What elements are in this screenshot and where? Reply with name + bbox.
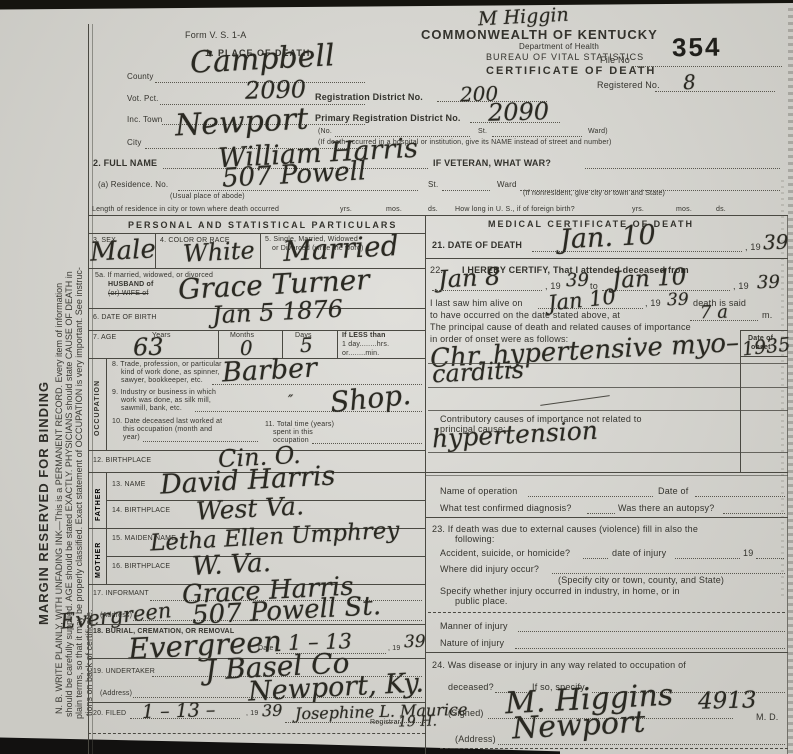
- vot-pct-value: 2090: [245, 75, 307, 105]
- length-residence-label: Length of residence in city or town wher…: [92, 206, 279, 213]
- veteran-label: IF VETERAN, WHAT WAR?: [433, 158, 551, 168]
- lastsaw-year: 39: [667, 290, 689, 311]
- industry-ditto-mark: ″: [288, 393, 293, 409]
- residence-st-line: [442, 190, 490, 191]
- father-bp-label: 14. BIRTHPLACE: [112, 507, 170, 514]
- manner-line: [518, 631, 785, 632]
- trade-label-1: 8. Trade, profession, or particular: [112, 361, 222, 368]
- specify-label-1: Specify whether injury occurred in indus…: [440, 586, 680, 596]
- injury-year-line: [756, 558, 784, 559]
- race-value: White: [182, 236, 255, 268]
- residence-line: [178, 190, 418, 191]
- injury-date-label: date of injury: [612, 548, 666, 558]
- trade-label-3: sawyer, bookkeeper, etc.: [121, 377, 203, 384]
- county-label: County: [127, 72, 154, 81]
- certify-from-date: Jan 8: [437, 262, 501, 293]
- registered-no-value: 8: [682, 70, 696, 95]
- filed-date-value: 1 – 13 –: [142, 699, 216, 723]
- howlong-label: How long in U. S., if of foreign birth?: [455, 206, 575, 213]
- commonwealth-title: COMMONWEALTH OF KENTUCKY: [421, 27, 658, 42]
- undertaker-label: 19. UNDERTAKER: [93, 668, 155, 675]
- specify-label-2: public place.: [455, 596, 508, 606]
- margin-note-line3: plain terms, so that it may be properly …: [74, 267, 84, 719]
- where-line: [552, 573, 785, 574]
- age-div-1: [218, 330, 219, 358]
- abode-note: (Usual place of abode): [170, 193, 245, 200]
- filed-year-pre: , 19: [246, 710, 258, 717]
- c24-label-1: 24. Was disease or injury in any way rel…: [432, 660, 686, 670]
- onset-column-divider: [740, 330, 741, 472]
- form-number: Form V. S. 1-A: [185, 30, 247, 40]
- certify-to-pre: , 19: [733, 281, 749, 291]
- cause-line-2: carditis: [431, 356, 524, 389]
- file-no-value: 354: [672, 32, 722, 64]
- father-name-label: 13. NAME: [112, 481, 146, 488]
- city-value: Newport: [174, 102, 309, 144]
- informant-label: 17. INFORMANT: [93, 590, 149, 597]
- howlong-ds-label: ds.: [716, 206, 726, 213]
- dod-value: Jan. 10: [559, 220, 656, 256]
- primary-registration-label: Primary Registration District No.: [315, 113, 461, 123]
- father-bp-value: West Va.: [195, 491, 304, 526]
- father-vertical-label: FATHER: [95, 488, 102, 521]
- industry-label-3: sawmill, bank, etc.: [121, 405, 182, 412]
- autopsy-line: [723, 513, 785, 514]
- filed-year-value: 39: [262, 701, 283, 721]
- no-label: (No.: [318, 128, 332, 135]
- lastsaw-pre: , 19: [645, 298, 661, 308]
- less-label-1: If LESS than: [342, 332, 386, 339]
- where-label: Where did injury occur?: [440, 564, 539, 574]
- signed-number: 4913: [698, 687, 757, 715]
- nature-line: [515, 648, 785, 649]
- c23-label-1: 23. If death was due to external causes …: [432, 524, 698, 534]
- dod-label: 21. DATE OF DEATH: [432, 240, 522, 250]
- undertaker-addr-label: (Address): [100, 690, 132, 697]
- occurred-label: to have occurred on the date stated abov…: [430, 310, 620, 320]
- operation-label: Name of operation: [440, 486, 517, 496]
- vot-pct-label: Vot. Pct.: [127, 94, 159, 103]
- st-line: [492, 136, 582, 137]
- signed-label: (Signed): [448, 708, 484, 718]
- nature-label: Nature of injury: [440, 638, 504, 648]
- trade-label-2: kind of work done, as spinner,: [121, 369, 220, 376]
- certificate-title: CERTIFICATE OF DEATH: [486, 65, 656, 77]
- less-label-3: or........min.: [342, 350, 379, 357]
- registered-no-label: Registered No.: [597, 80, 660, 90]
- occurred-time-value: 7 a: [700, 302, 728, 324]
- length-ds-label: ds.: [428, 206, 438, 213]
- occupation-vertical-label: OCCUPATION: [94, 380, 101, 436]
- left-column-bottom-dashed: [88, 733, 425, 734]
- right-column-bottom-dashed: [440, 748, 788, 749]
- cause-section-bottom-2: [425, 475, 788, 476]
- margin-rule-1: [88, 24, 89, 754]
- test-bottom-border: [425, 517, 788, 518]
- injury-date-line: [675, 558, 740, 559]
- m5a-label-3: (or) WIFE of: [108, 290, 149, 297]
- race-marital-divider: [260, 233, 261, 268]
- inc-town-label: Inc. Town: [127, 115, 162, 124]
- cause-section-bottom: [425, 472, 788, 473]
- cause-rule-2: [428, 387, 788, 388]
- test-label: What test confirmed diagnosis?: [440, 503, 572, 513]
- howlong-mos-label: mos.: [676, 206, 692, 213]
- right-edge-border: [787, 215, 788, 754]
- operation-date-line: [695, 496, 785, 497]
- dod-bottom-border: [425, 258, 788, 259]
- margin-note-line2: should be carefully supplied. AGE should…: [64, 271, 74, 717]
- burial-year-value: 39: [404, 632, 426, 653]
- accident-line: [583, 558, 608, 559]
- c23-bottom-dashed: [428, 612, 785, 613]
- nature-bottom-border: [425, 652, 788, 653]
- birthplace-label: 12. BIRTHPLACE: [93, 457, 151, 464]
- c24-deceased-label: deceased?: [448, 682, 494, 692]
- columns-top-border: [88, 215, 788, 216]
- registered-no-line: [655, 91, 775, 92]
- industry-label-1: 9. Industry or business in which: [112, 389, 216, 396]
- less-label-2: 1 day........hrs.: [342, 341, 389, 348]
- filed-label: 20. FILED: [93, 710, 126, 717]
- margin-rule-2: [92, 24, 93, 754]
- dod-year-value: 39: [763, 230, 789, 255]
- department-subtitle: Department of Health: [519, 42, 599, 51]
- industry-label-2: work was done, as silk mill,: [121, 397, 211, 404]
- lastworked-label-2: this occupation (month and: [123, 426, 212, 433]
- specify-city-note: (Specify city or town, county, and State…: [558, 575, 724, 585]
- operation-line: [528, 496, 653, 497]
- veteran-line: [585, 168, 780, 169]
- registration-district-label: Registration District No.: [315, 92, 423, 102]
- med-addr-label: (Address): [455, 734, 496, 744]
- test-line: [587, 513, 615, 514]
- med-addr-value: Newport: [511, 705, 646, 747]
- md-label: M. D.: [756, 712, 779, 722]
- ward-label: Ward): [588, 128, 608, 135]
- dob-bottom-border: [88, 330, 425, 331]
- file-no-label: File No: [600, 55, 630, 65]
- primary-registration-value: 2090: [488, 97, 550, 127]
- operation-date-label: Date of: [658, 486, 688, 496]
- manner-label: Manner of injury: [440, 621, 508, 631]
- trade-value: Barber: [221, 353, 318, 389]
- lastsaw-label: I last saw him alive on: [430, 298, 523, 308]
- principal-label-1: The principal cause of death and related…: [430, 322, 691, 332]
- dod-year-pre: , 19: [745, 242, 761, 252]
- lastworked-line: [143, 441, 258, 442]
- autopsy-label: Was there an autopsy?: [618, 503, 714, 513]
- accident-label: Accident, suicide, or homicide?: [440, 548, 570, 558]
- age-label: 7. AGE: [93, 334, 116, 341]
- totaltime-label-1: 11. Total time (years): [265, 421, 334, 428]
- nonresident-note: (If nonresident, give city or town and S…: [523, 190, 665, 197]
- full-name-label: 2. FULL NAME: [93, 158, 157, 168]
- personal-section-title: PERSONAL AND STATISTICAL PARTICULARS: [128, 220, 397, 230]
- occupation-cell-divider: [106, 358, 107, 450]
- dob-label: 6. DATE OF BIRTH: [93, 314, 157, 321]
- length-mos-label: mos.: [386, 206, 402, 213]
- howlong-yrs-label: yrs.: [632, 206, 644, 213]
- burial-year-pre: , 19: [388, 645, 400, 652]
- death-certificate-document: MARGIN RESERVED FOR BINDING N. B. WRITE …: [0, 0, 793, 754]
- totaltime-line: [312, 443, 422, 444]
- registrar-note: 19 H.: [398, 713, 437, 730]
- cause-rule-3: [428, 410, 788, 411]
- residence-ward-label: Ward: [497, 180, 517, 189]
- marital-value: Married: [282, 229, 399, 268]
- residence-label: (a) Residence. No.: [98, 180, 168, 189]
- city-label: City: [127, 138, 142, 147]
- age-div-3: [337, 330, 338, 358]
- mother-bp-label: 16. BIRTHPLACE: [112, 563, 170, 570]
- residence-st-label: St.: [428, 180, 438, 189]
- m5a-label-2: HUSBAND of: [108, 281, 154, 288]
- occurred-m-label: m.: [762, 310, 772, 320]
- scan-noise-right: [788, 8, 793, 754]
- lastworked-label-3: year): [123, 434, 140, 441]
- c23-label-2: following:: [455, 534, 495, 544]
- st-label: St.: [478, 128, 487, 135]
- lastworked-label-1: 10. Date deceased last worked at: [112, 418, 222, 425]
- certify-from-line: [432, 290, 542, 291]
- mother-vertical-label: MOTHER: [95, 542, 102, 578]
- injury-19-label: 19: [743, 548, 753, 558]
- margin-note-line1: N. B. WRITE PLAINLY, WITH UNFADING INK—T…: [54, 283, 64, 714]
- totaltime-label-2: spent in this: [273, 429, 313, 436]
- file-no-line: [632, 66, 782, 67]
- margin-title: MARGIN RESERVED FOR BINDING: [36, 381, 51, 625]
- certify-to-year: 39: [757, 272, 780, 294]
- length-yrs-label: yrs.: [340, 206, 352, 213]
- columns-divider: [425, 215, 426, 754]
- onset-box-top: [740, 330, 788, 331]
- sex-value: Male: [89, 234, 156, 267]
- contrib-rule: [428, 452, 788, 453]
